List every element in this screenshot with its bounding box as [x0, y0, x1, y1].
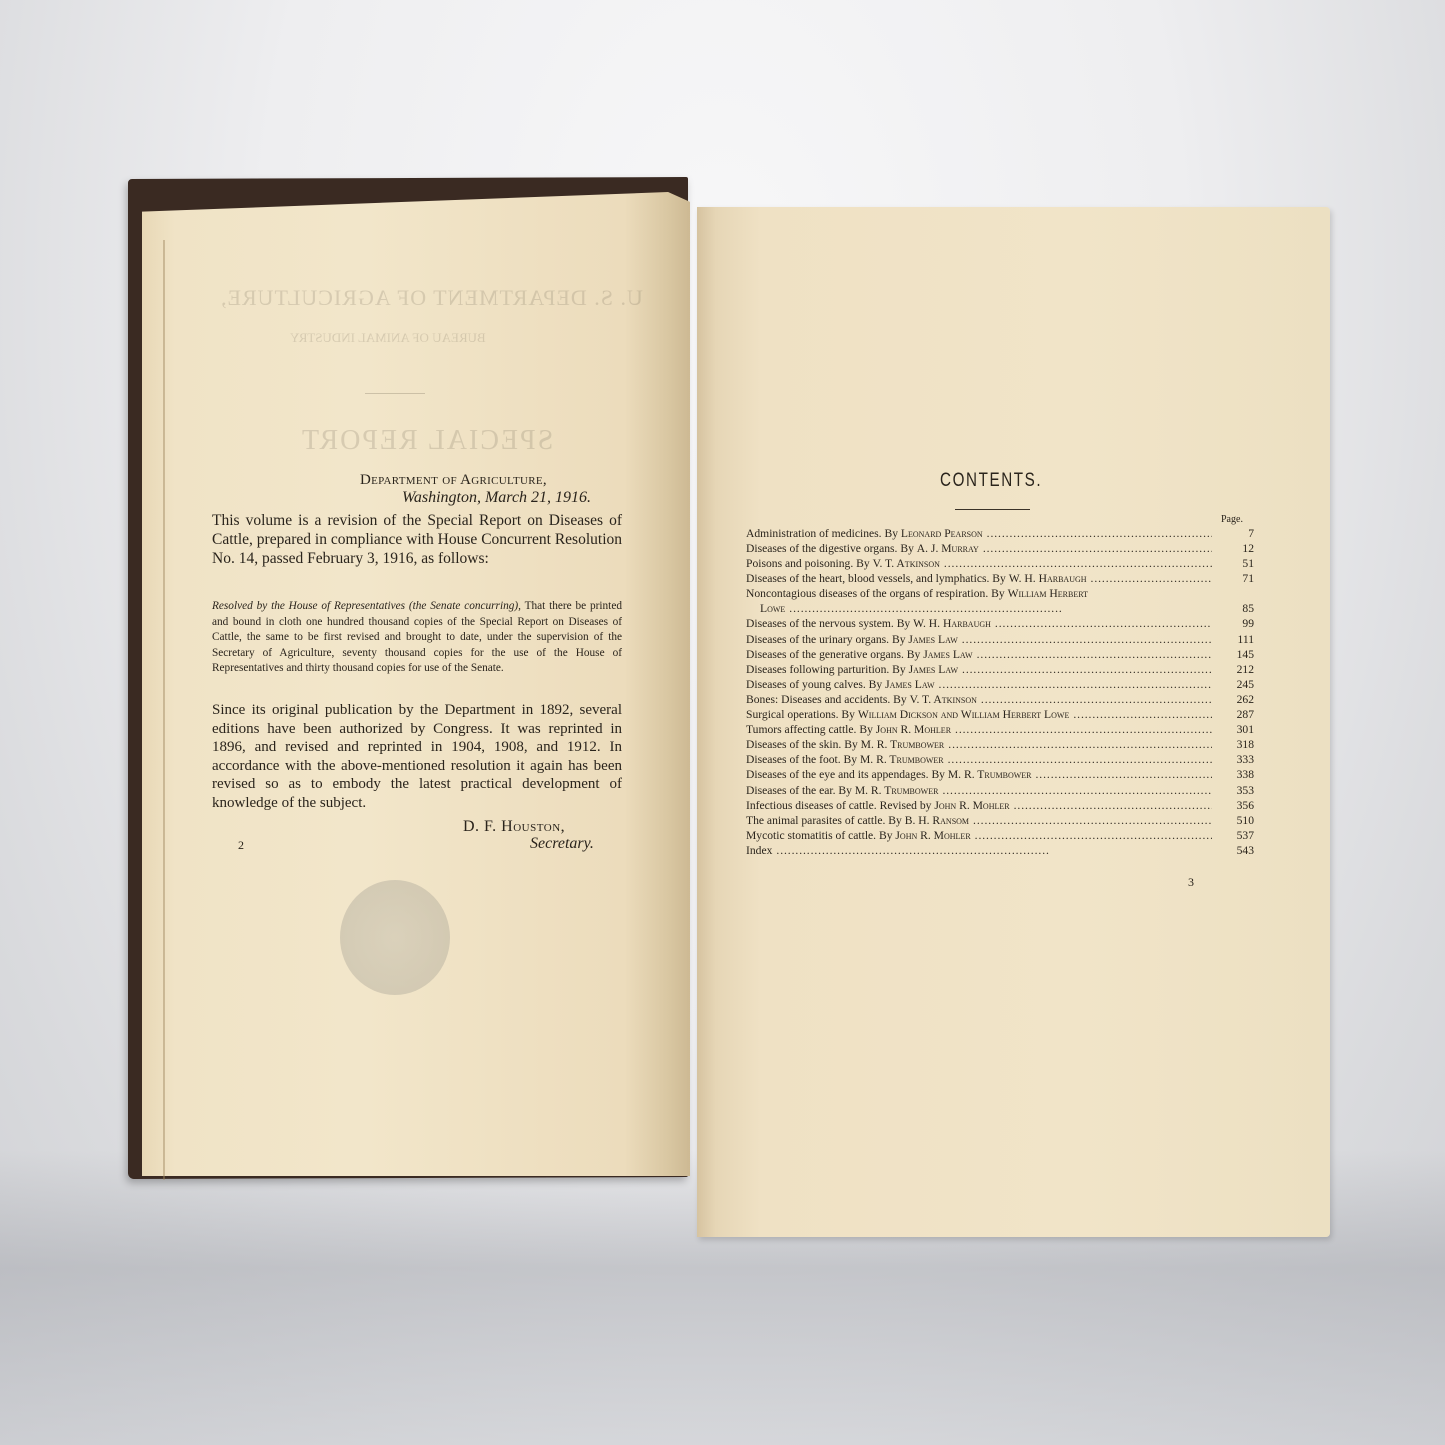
- leader-dots: [1091, 572, 1212, 585]
- toc-entry-page: 537: [1216, 829, 1254, 842]
- toc-entry-page: 212: [1216, 663, 1254, 676]
- signature-name: D. F. Houston,: [463, 818, 565, 836]
- signature-title: Secretary.: [530, 835, 594, 853]
- contents-title: CONTENTS.: [940, 470, 1042, 492]
- toc-entry-continuation: Lowe85: [746, 602, 1254, 617]
- toc-entry-author: James Law: [885, 678, 934, 691]
- leader-dots: [962, 633, 1212, 646]
- toc-entry-title: Administration of medicines. By: [746, 527, 901, 540]
- toc-entry: Administration of medicines. By Leonard …: [746, 527, 1254, 542]
- toc-entry-author: James Law: [923, 648, 972, 661]
- toc-entry-page: 353: [1216, 784, 1254, 797]
- toc-entry-title: Diseases of the eye and its appendages. …: [746, 768, 948, 781]
- contents-rule: [955, 509, 1030, 510]
- dateline-department: Department of Agriculture,: [360, 472, 547, 489]
- toc-entry-author: Leonard Pearson: [901, 527, 983, 540]
- toc-entry-author: John R. Mohler: [876, 723, 951, 736]
- leader-dots: [983, 542, 1212, 555]
- toc-entry-page: 99: [1216, 617, 1254, 630]
- leader-dots: [939, 678, 1212, 691]
- show-through-bureau: BUREAU OF ANIMAL INDUSTRY: [290, 330, 486, 346]
- toc-entry-page: 262: [1216, 693, 1254, 706]
- leader-dots: [942, 784, 1212, 797]
- toc-entry-page: 71: [1216, 572, 1254, 585]
- toc-entry-author: James Law: [908, 633, 957, 646]
- intro-paragraph: This volume is a revision of the Special…: [212, 511, 622, 568]
- toc-entry-author: James Law: [909, 663, 958, 676]
- leader-dots: [981, 693, 1212, 706]
- toc-entry: Diseases following parturition. By James…: [746, 663, 1254, 678]
- toc-entry: Diseases of the digestive organs. By A. …: [746, 542, 1254, 557]
- toc-entry-page: 510: [1216, 814, 1254, 827]
- leader-dots: [789, 602, 1212, 615]
- toc-entry-page: 85: [1216, 602, 1254, 615]
- resolution-paragraph: Resolved by the House of Representatives…: [212, 599, 622, 677]
- toc-entry-author: W. H. Harbaugh: [1009, 572, 1087, 585]
- toc-entry-page: 356: [1216, 799, 1254, 812]
- dateline-place-date: Washington, March 21, 1916.: [402, 489, 591, 507]
- toc-entry: Noncontagious diseases of the organs of …: [746, 587, 1254, 602]
- toc-entry-page: 51: [1216, 557, 1254, 570]
- toc-entry-author: John R. Mohler: [895, 829, 970, 842]
- toc-entry-author: V. T. Atkinson: [910, 693, 977, 706]
- toc-entry-author: John R. Mohler: [934, 799, 1009, 812]
- toc-entry-title: Infectious diseases of cattle. Revised b…: [746, 799, 934, 812]
- toc-entry: The animal parasites of cattle. By B. H.…: [746, 814, 1254, 829]
- table-of-contents: Administration of medicines. By Leonard …: [746, 527, 1254, 859]
- toc-entry-title: Diseases of the heart, blood vessels, an…: [746, 572, 1009, 585]
- toc-entry: Index543: [746, 844, 1254, 859]
- toc-entry-page: 287: [1216, 708, 1254, 721]
- show-through-heading: U. S. DEPARTMENT OF AGRICULTURE,: [220, 285, 643, 311]
- leader-dots: [944, 557, 1212, 570]
- toc-entry-author: M. R. Trumbower: [855, 784, 939, 797]
- leader-dots: [987, 527, 1212, 540]
- toc-entry-author: William Dickson and William Herbert Lowe: [858, 708, 1070, 721]
- toc-entry: Diseases of the foot. By M. R. Trumbower…: [746, 753, 1254, 768]
- toc-entry: Poisons and poisoning. By V. T. Atkinson…: [746, 557, 1254, 572]
- show-through-title: SPECIAL REPORT: [300, 425, 553, 457]
- toc-entry: Diseases of the generative organs. By Ja…: [746, 648, 1254, 663]
- show-through-seal-icon: [340, 880, 450, 995]
- toc-entry-page: 333: [1216, 753, 1254, 766]
- toc-entry: Diseases of the eye and its appendages. …: [746, 768, 1254, 783]
- leader-dots: [1073, 708, 1212, 721]
- toc-entry: Infectious diseases of cattle. Revised b…: [746, 799, 1254, 814]
- toc-entry: Diseases of the nervous system. By W. H.…: [746, 617, 1254, 632]
- toc-entry-author: M. R. Trumbower: [861, 738, 945, 751]
- toc-entry-page: 111: [1216, 633, 1254, 646]
- toc-entry-title: Diseases of the skin. By: [746, 738, 861, 751]
- leader-dots: [1014, 799, 1212, 812]
- toc-entry-author: William Herbert: [1008, 587, 1088, 600]
- toc-entry-author: V. T. Atkinson: [873, 557, 940, 570]
- toc-entry-title: The animal parasites of cattle. By: [746, 814, 905, 827]
- toc-entry-title: Tumors affecting cattle. By: [746, 723, 876, 736]
- toc-entry-title: Diseases of the generative organs. By: [746, 648, 923, 661]
- toc-entry-page: 12: [1216, 542, 1254, 555]
- toc-entry: Mycotic stomatitis of cattle. By John R.…: [746, 829, 1254, 844]
- right-page-number: 3: [1188, 875, 1194, 890]
- leader-dots: [962, 663, 1212, 676]
- toc-entry-author: W. H. Harbaugh: [913, 617, 991, 630]
- leader-dots: [1036, 768, 1213, 781]
- leader-dots: [995, 617, 1212, 630]
- left-page-gutter-line: [163, 240, 165, 1180]
- resolution-italic: Resolved by the House of Representatives…: [212, 600, 521, 612]
- toc-entry-author: M. R. Trumbower: [948, 768, 1032, 781]
- toc-entry-page: 318: [1216, 738, 1254, 751]
- toc-entry: Diseases of young calves. By James Law24…: [746, 678, 1254, 693]
- leader-dots: [955, 723, 1212, 736]
- toc-entry: Bones: Diseases and accidents. By V. T. …: [746, 693, 1254, 708]
- leader-dots: [948, 738, 1212, 751]
- leader-dots: [776, 844, 1212, 857]
- toc-entry-title: Index: [746, 844, 772, 857]
- toc-entry: Tumors affecting cattle. By John R. Mohl…: [746, 723, 1254, 738]
- toc-entry-page: 7: [1216, 527, 1254, 540]
- toc-entry-author: Lowe: [760, 602, 785, 615]
- leader-dots: [975, 829, 1212, 842]
- leader-dots: [948, 753, 1212, 766]
- toc-entry-title: Diseases of the foot. By: [746, 753, 860, 766]
- toc-entry-author: M. R. Trumbower: [860, 753, 944, 766]
- history-paragraph: Since its original publication by the De…: [212, 701, 622, 812]
- toc-entry-title: Noncontagious diseases of the organs of …: [746, 587, 1008, 600]
- page-column-header: Page.: [1221, 514, 1243, 525]
- toc-entry-title: Diseases following parturition. By: [746, 663, 909, 676]
- toc-entry-page: 301: [1216, 723, 1254, 736]
- toc-entry: Diseases of the heart, blood vessels, an…: [746, 572, 1254, 587]
- toc-entry-page: 245: [1216, 678, 1254, 691]
- toc-entry-title: Surgical operations. By: [746, 708, 858, 721]
- toc-entry-author: A. J. Murray: [917, 542, 979, 555]
- toc-entry: Diseases of the urinary organs. By James…: [746, 633, 1254, 648]
- leader-dots: [977, 648, 1212, 661]
- toc-entry: Diseases of the skin. By M. R. Trumbower…: [746, 738, 1254, 753]
- toc-entry-page: 145: [1216, 648, 1254, 661]
- toc-entry-page: 338: [1216, 768, 1254, 781]
- toc-entry-title: Diseases of young calves. By: [746, 678, 885, 691]
- show-through-rule: [365, 393, 425, 394]
- toc-entry-title: Diseases of the nervous system. By: [746, 617, 913, 630]
- toc-entry-title: Diseases of the ear. By: [746, 784, 855, 797]
- toc-entry-title: Mycotic stomatitis of cattle. By: [746, 829, 895, 842]
- toc-entry-title: Bones: Diseases and accidents. By: [746, 693, 910, 706]
- toc-entry-title: Poisons and poisoning. By: [746, 557, 873, 570]
- toc-entry: Diseases of the ear. By M. R. Trumbower3…: [746, 784, 1254, 799]
- toc-entry: Surgical operations. By William Dickson …: [746, 708, 1254, 723]
- toc-entry-title: Diseases of the urinary organs. By: [746, 633, 908, 646]
- toc-entry-page: 543: [1216, 844, 1254, 857]
- left-page-number: 2: [238, 838, 244, 853]
- leader-dots: [973, 814, 1212, 827]
- toc-entry-author: B. H. Ransom: [905, 814, 969, 827]
- toc-entry-title: Diseases of the digestive organs. By: [746, 542, 917, 555]
